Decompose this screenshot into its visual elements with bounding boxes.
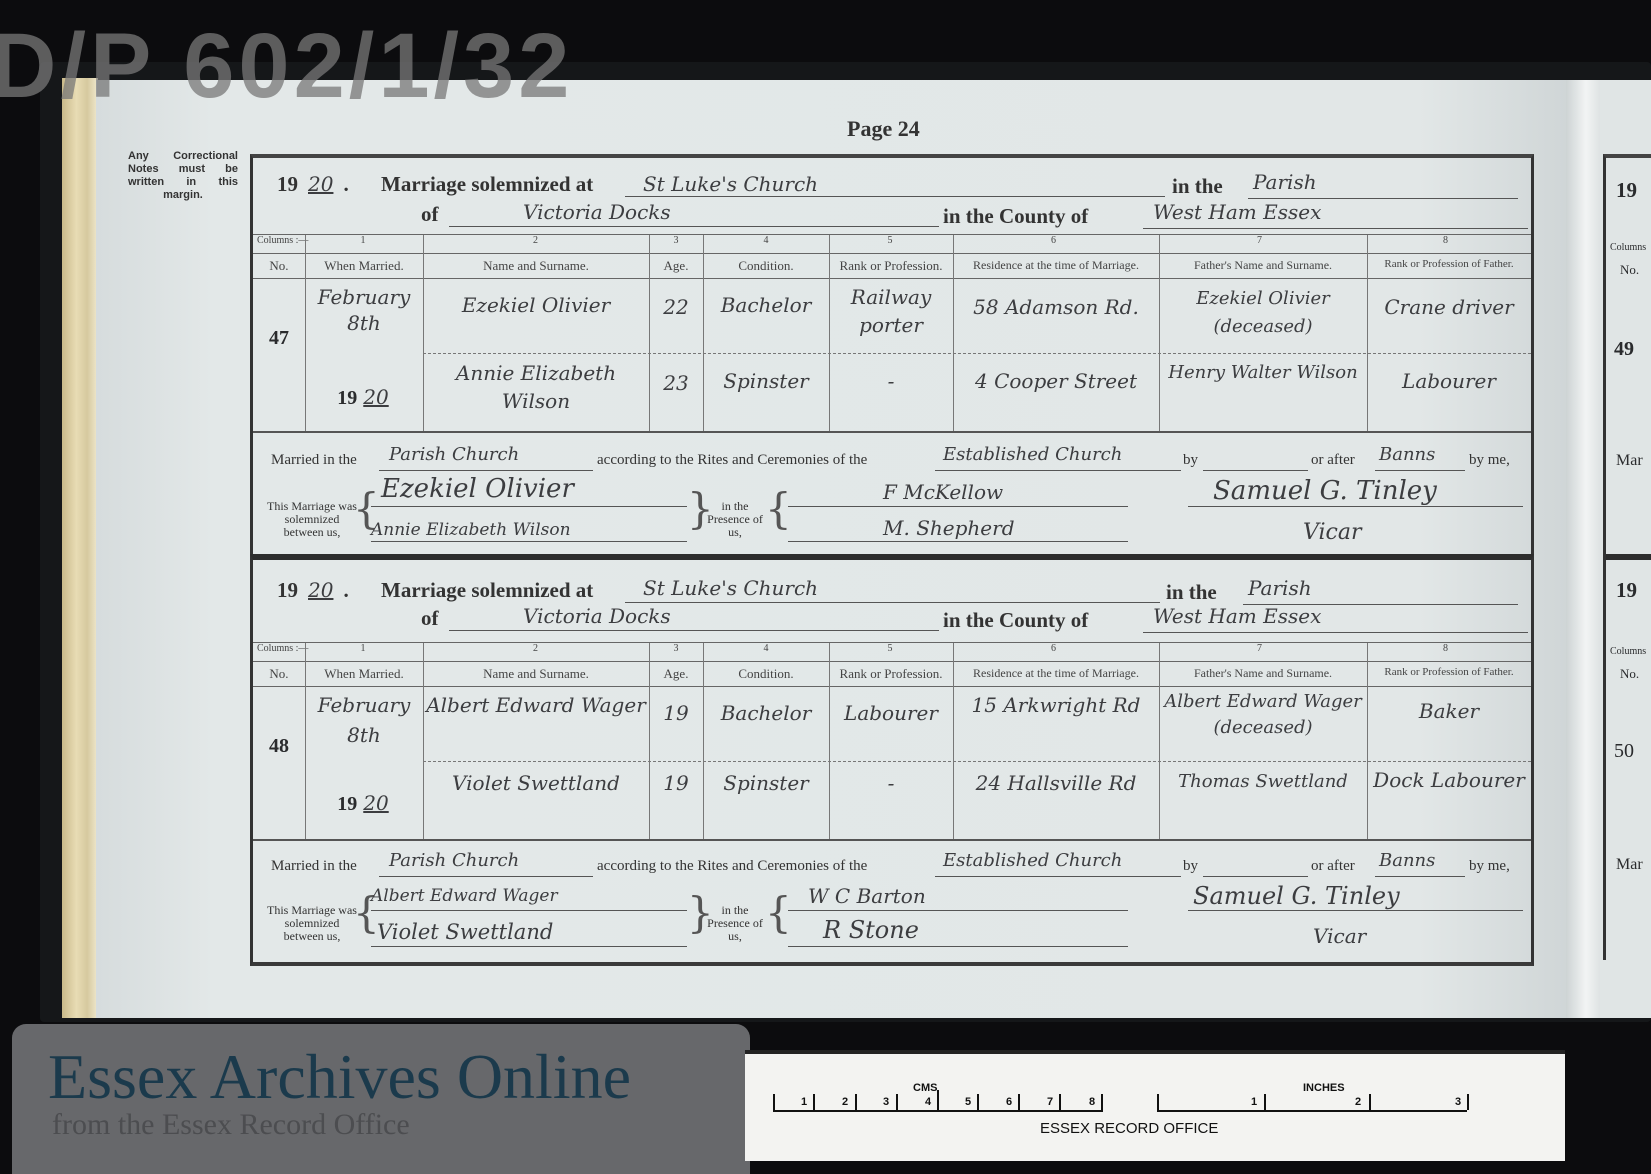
column-numbers-row: Columns :— 1 2 3 4 5 6 7 8 <box>253 235 1531 253</box>
solemnized-at-label: Marriage solemnized at <box>381 578 593 603</box>
married-month: February <box>305 693 423 717</box>
bride-father-profession: Dock Labourer <box>1367 767 1531 793</box>
officiant-title: Vicar <box>1313 924 1366 948</box>
groom-age: 19 <box>649 701 703 725</box>
brand-title: Essex Archives Online <box>48 1040 631 1114</box>
bride-signature: Violet Swettland <box>377 920 553 944</box>
married-month: February <box>305 285 423 309</box>
officiant-signature: Samuel G. Tinley <box>1213 476 1437 506</box>
groom-residence: 15 Arkwright Rd <box>953 691 1159 719</box>
solemnized-between-label: This Marriage was solemnized between us, <box>267 904 357 943</box>
in-the-label: in the <box>1166 580 1217 605</box>
bride-condition: Spinster <box>703 771 829 795</box>
groom-condition: Bachelor <box>703 701 829 725</box>
marriage-entry-47: 1920. Marriage solemnized at St Luke's C… <box>250 154 1534 558</box>
facing-entry-50: 50 <box>1614 740 1634 763</box>
facing-no-label-2: No. <box>1620 666 1639 682</box>
or-after-label: or after <box>1311 452 1355 469</box>
solemnized-at-label: Marriage solemnized at <box>381 172 593 197</box>
facing-no-label: No. <box>1620 262 1639 278</box>
rites-church: Established Church <box>943 444 1122 465</box>
bride-father: Thomas Swettland <box>1159 771 1367 792</box>
bride-name: Annie Elizabeth Wilson <box>423 359 649 415</box>
facing-entry-49: 49 <box>1614 338 1634 361</box>
record-office-label: ESSEX RECORD OFFICE <box>1040 1120 1218 1137</box>
rites-label: according to the Rites and Ceremonies of… <box>597 858 867 875</box>
groom-signature: Ezekiel Olivier <box>381 474 574 504</box>
cms-label: CMS <box>913 1082 937 1094</box>
year-label: 1920. <box>277 172 349 197</box>
of-label: of <box>421 202 439 227</box>
district: Victoria Docks <box>523 604 671 628</box>
groom-profession: Railway porter <box>829 283 953 339</box>
married-in-label: Married in the <box>271 452 357 469</box>
district: Victoria Docks <box>523 200 671 224</box>
banns: Banns <box>1379 850 1435 871</box>
witness-2: R Stone <box>823 916 919 944</box>
margin-note: Any Correctional Notes must be written i… <box>128 150 238 202</box>
parish: Parish <box>1248 576 1312 600</box>
groom-residence: 58 Adamson Rd. <box>953 295 1159 319</box>
bride-residence: 4 Cooper Street <box>953 369 1159 393</box>
officiant-title: Vicar <box>1303 520 1362 545</box>
groom-father-profession: Crane driver <box>1367 295 1531 319</box>
bride-father: Henry Walter Wilson <box>1159 359 1367 387</box>
officiant-signature: Samuel G. Tinley <box>1193 882 1400 910</box>
groom-name: Ezekiel Olivier <box>423 293 649 317</box>
bride-profession: - <box>829 369 953 393</box>
presence-label: in the Presence of us, <box>705 904 765 943</box>
banns: Banns <box>1379 444 1435 465</box>
church-name: St Luke's Church <box>643 576 818 600</box>
church-name: St Luke's Church <box>643 172 818 196</box>
groom-father: Albert Edward Wager (deceased) <box>1159 689 1367 741</box>
solemnized-between-label: This Marriage was solemnized between us, <box>267 500 357 539</box>
married-in-label: Married in the <box>271 858 357 875</box>
in-the-label: in the <box>1172 174 1223 199</box>
married-in-place: Parish Church <box>389 444 519 465</box>
by-label: by <box>1183 452 1198 469</box>
bride-condition: Spinster <box>703 369 829 393</box>
page-number: Page 24 <box>847 116 920 142</box>
bride-age: 23 <box>649 371 703 395</box>
rites-church: Established Church <box>943 850 1122 871</box>
witness-2: M. Shepherd <box>883 516 1015 540</box>
brand-subtitle: from the Essex Record Office <box>52 1108 410 1142</box>
facing-married-stub-2: Mar <box>1616 856 1643 874</box>
rites-label: according to the Rites and Ceremonies of… <box>597 452 867 469</box>
county-label: in the County of <box>943 204 1088 229</box>
groom-father-profession: Baker <box>1367 699 1531 723</box>
entry-number: 47 <box>253 327 305 350</box>
column-headers-row: No. When Married. Name and Surname. Age.… <box>253 253 1531 279</box>
or-after-label: or after <box>1311 858 1355 875</box>
reference-watermark: D/P 602/1/32 <box>0 14 573 119</box>
facing-year-2: 19 <box>1616 578 1637 603</box>
facing-married-stub: Mar <box>1616 452 1643 470</box>
year-label: 1920. <box>277 578 349 603</box>
entry-table: Columns :— 1 2 3 4 5 6 7 8 No. When Marr… <box>253 234 1531 431</box>
facing-year-1: 19 <box>1616 178 1637 203</box>
bride-residence: 24 Hallsville Rd <box>953 771 1159 795</box>
presence-label: in the Presence of us, <box>705 500 765 539</box>
inches-label: INCHES <box>1303 1082 1345 1094</box>
bride-name: Violet Swettland <box>423 771 649 795</box>
marriage-entry-48: 1920. Marriage solemnized at St Luke's C… <box>250 554 1534 966</box>
facing-columns-label-2: Columns <box>1610 646 1646 657</box>
facing-page-entries: 19 Columns No. 49 Mar 19 Columns No. 50 … <box>1603 154 1651 960</box>
groom-profession: Labourer <box>829 701 953 725</box>
witness-1: F McKellow <box>883 480 1003 504</box>
column-numbers-row: Columns :— 1 2 3 4 5 6 7 8 <box>253 643 1531 661</box>
bride-profession: - <box>829 771 953 795</box>
by-me-label: by me, <box>1469 858 1510 875</box>
column-headers-row: No. When Married. Name and Surname. Age.… <box>253 661 1531 687</box>
scale-ruler: CMS INCHES 1 2 3 4 5 6 7 8 1 2 3 ESSEX R… <box>745 1050 1565 1161</box>
county: West Ham Essex <box>1153 604 1321 628</box>
parish: Parish <box>1253 170 1317 194</box>
bride-signature: Annie Elizabeth Wilson <box>371 520 571 540</box>
page-edges <box>62 78 98 1018</box>
groom-condition: Bachelor <box>703 293 829 317</box>
groom-father: Ezekiel Olivier (deceased) <box>1159 285 1367 341</box>
groom-name: Albert Edward Wager <box>423 691 649 719</box>
married-year: 1920 <box>313 791 413 816</box>
married-day: 8th <box>305 311 423 335</box>
witness-1: W C Barton <box>808 884 926 908</box>
facing-columns-label: Columns <box>1610 242 1646 253</box>
by-label: by <box>1183 858 1198 875</box>
county: West Ham Essex <box>1153 200 1321 224</box>
entry-table: Columns :— 1 2 3 4 5 6 7 8 No. When Marr… <box>253 642 1531 839</box>
groom-age: 22 <box>649 295 703 319</box>
married-year: 1920 <box>313 385 413 410</box>
married-day: 8th <box>305 723 423 747</box>
of-label: of <box>421 606 439 631</box>
entry-number: 48 <box>253 735 305 758</box>
county-label: in the County of <box>943 608 1088 633</box>
married-in-place: Parish Church <box>389 850 519 871</box>
groom-signature: Albert Edward Wager <box>371 886 558 906</box>
bride-age: 19 <box>649 771 703 795</box>
bride-father-profession: Labourer <box>1367 369 1531 393</box>
by-me-label: by me, <box>1469 452 1510 469</box>
